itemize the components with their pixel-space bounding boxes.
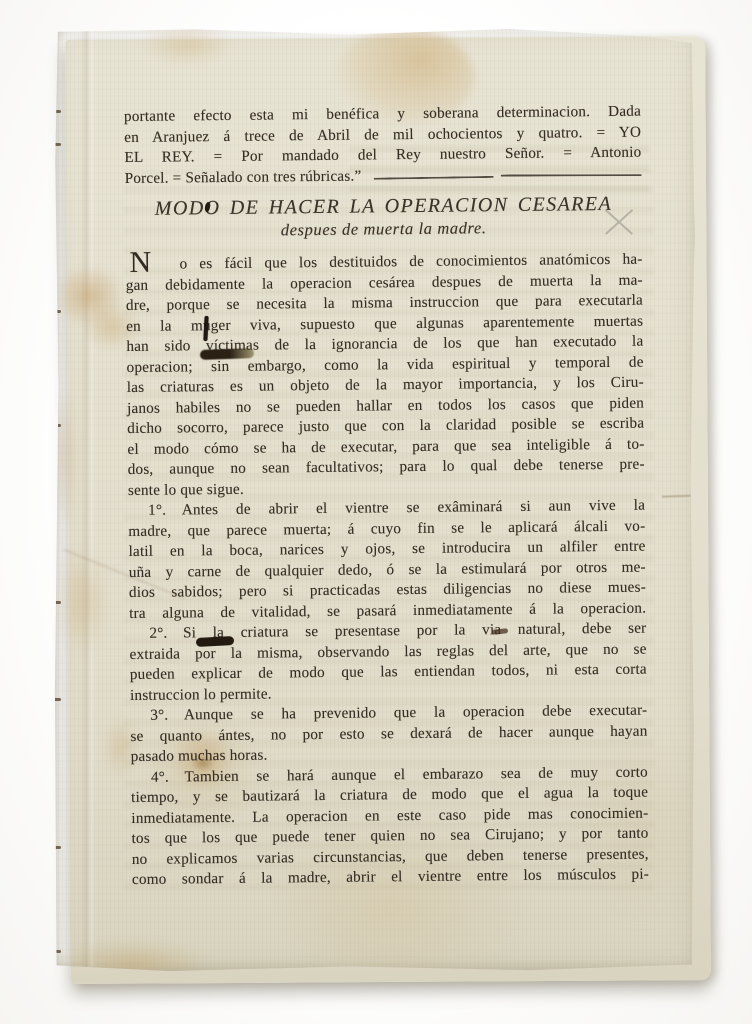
decree-closing-text: Porcel. = Señalado con tres rúbricas.” <box>125 166 362 189</box>
paragraph-item-4: 4°. Tambien se hará aunque el embarazo s… <box>131 762 649 890</box>
stitch-mark <box>52 698 61 701</box>
stitch-mark <box>52 424 61 427</box>
paragraph-lines: o es fácil que los destituidos de conoci… <box>125 250 645 501</box>
stitch-mark <box>52 143 61 146</box>
printed-rule <box>373 176 493 180</box>
section-heading: MODO DE HACER LA OPERACION CESAREA despu… <box>125 192 642 243</box>
paragraph-item-3: 3°. Aunque se ha prevenido que la operac… <box>130 701 648 768</box>
page-text: portante efecto esta mi benéfica y sober… <box>124 102 649 891</box>
paragraph-item-1: 1°. Antes de abrir el vientre se exâmina… <box>128 496 646 624</box>
paragraph-intro: N o es fácil que los destituidos de cono… <box>125 250 645 501</box>
stitch-mark <box>52 950 61 953</box>
text-line: Porcel. = Señalado con tres rúbricas.” <box>125 163 642 189</box>
stain <box>54 266 124 326</box>
spine-crease <box>80 28 96 972</box>
paragraph-royal-decree-end: portante efecto esta mi benéfica y sober… <box>124 102 642 189</box>
stitch-mark <box>52 601 61 604</box>
stain <box>139 24 234 66</box>
document-page: portante efecto esta mi benéfica y sober… <box>54 28 695 972</box>
stitch-mark <box>52 310 61 313</box>
stitch-mark <box>52 110 61 113</box>
paragraph-lines: portante efecto esta mi benéfica y sober… <box>124 102 642 169</box>
stitch-mark <box>52 846 61 849</box>
stain <box>48 388 80 528</box>
printed-rule <box>500 174 641 176</box>
photo-background: portante efecto esta mi benéfica y sober… <box>0 0 752 1024</box>
pencil-x-mark <box>603 206 635 238</box>
text-line: como sondar á la madre, abrir el vientre… <box>132 865 649 891</box>
drop-cap: N <box>129 248 151 278</box>
paragraph-item-2: 2°. Si la criatura se presentase por la … <box>129 619 647 706</box>
